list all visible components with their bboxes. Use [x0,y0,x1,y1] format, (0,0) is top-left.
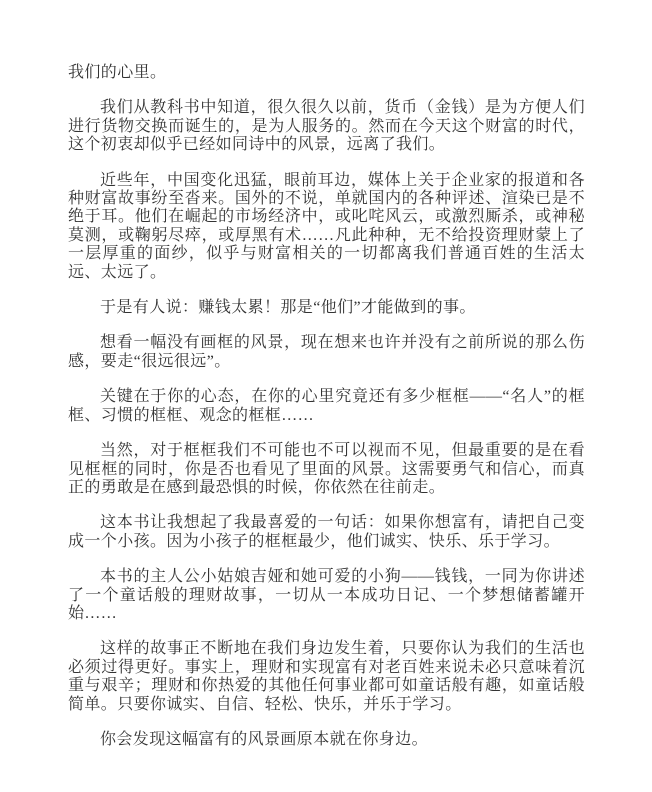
paragraph: 这样的故事正不断地在我们身边发生着，只要你认为我们的生活也必须过得更好。事实上，… [68,640,585,714]
document-page: 我们的心里。 我们从教科书中知道，很久很久以前，货币（金钱）是为方便人们进行货物… [0,0,652,792]
paragraph: 我们从教科书中知道，很久很久以前，货币（金钱）是为方便人们进行货物交换而诞生的，… [68,99,585,154]
paragraph: 这本书让我想起了我最喜爱的一句话：如果你想富有，请把自己变成一个小孩。因为小孩子… [68,514,585,551]
document-text-body: 我们的心里。 我们从教科书中知道，很久很久以前，货币（金钱）是为方便人们进行货物… [68,64,585,749]
paragraph: 本书的主人公小姑娘吉娅和她可爱的小狗——钱钱，一同为你讲述了一个童话般的理财故事… [68,568,585,623]
paragraph: 你会发现这幅富有的风景画原本就在你身边。 [68,731,585,749]
paragraph-continuation: 我们的心里。 [68,64,585,82]
paragraph: 当然，对于框框我们不可能也不可以视而不见，但最重要的是在看见框框的同时，你是否也… [68,442,585,497]
paragraph: 关键在于你的心态，在你的心里究竟还有多少框框——“名人”的框框、习惯的框框、观念… [68,388,585,425]
paragraph: 于是有人说：赚钱太累！那是“他们”才能做到的事。 [68,299,585,317]
paragraph: 近些年，中国变化迅猛，眼前耳边，媒体上关于企业家的报道和各种财富故事纷至沓来。国… [68,172,585,282]
paragraph: 想看一幅没有画框的风景，现在想来也许并没有之前所说的那么伤感，要走“很远很远”。 [68,334,585,371]
